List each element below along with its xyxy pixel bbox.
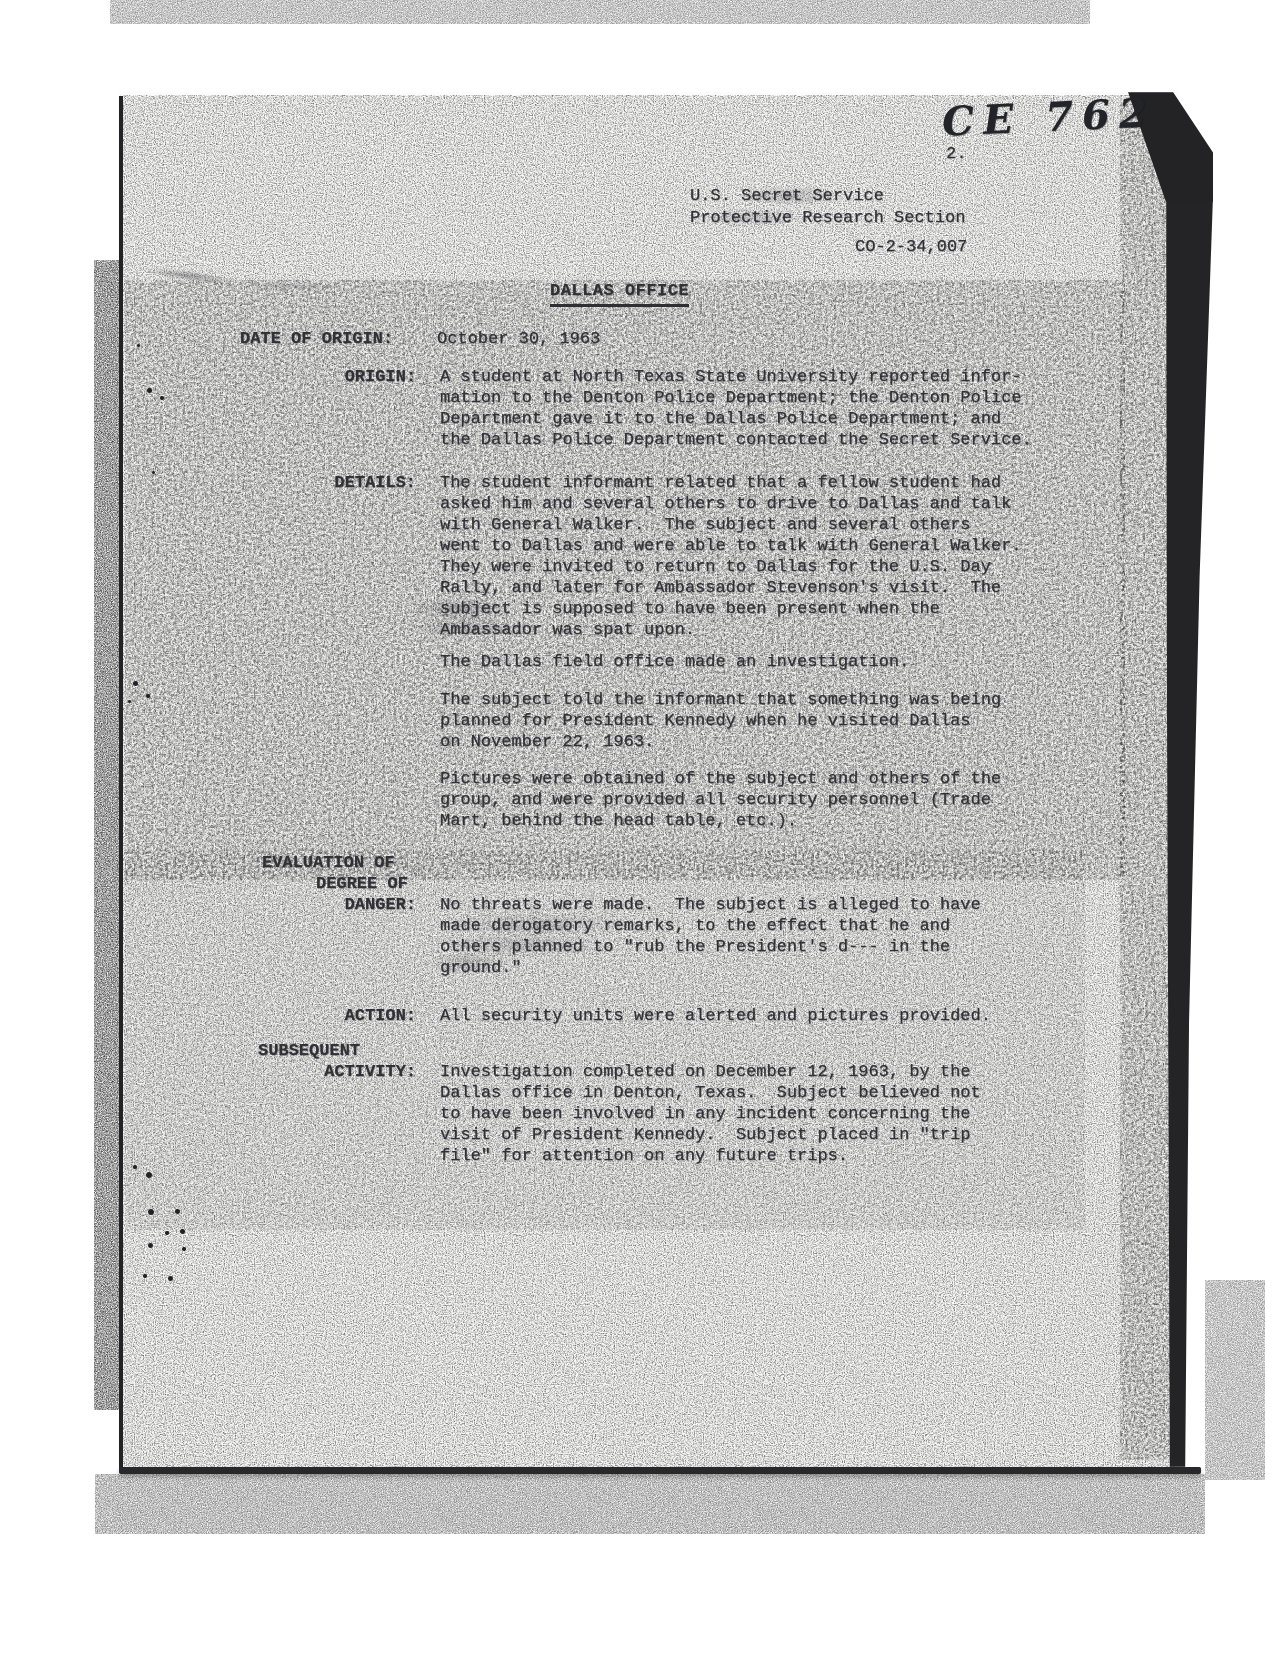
danger-text: No threats were made. The subject is all…	[440, 895, 1080, 979]
ink-dot	[147, 388, 152, 393]
details-paragraph: The subject told the informant that some…	[440, 690, 1080, 753]
evaluation-label-line1: EVALUATION OF	[262, 853, 395, 874]
noise-right-strip	[1205, 1280, 1265, 1480]
ink-dot	[168, 1276, 173, 1281]
header-case-number: CO-2-34,007	[855, 237, 967, 258]
noise-top-strip	[110, 0, 1090, 24]
activity-label: ACTIVITY:	[196, 1062, 416, 1083]
ink-dot	[137, 344, 140, 347]
evaluation-label-line2: DEGREE OF	[316, 874, 408, 895]
ink-dot	[148, 1209, 154, 1215]
origin-label: ORIGIN:	[196, 367, 416, 388]
page-bottom-edge	[119, 1467, 1201, 1474]
ink-dot	[175, 1209, 180, 1214]
noise-right-inner	[1120, 100, 1170, 1460]
header-agency: U.S. Secret Service	[690, 186, 884, 207]
origin-text: A student at North Texas State Universit…	[440, 367, 1080, 451]
ink-dot	[148, 1243, 153, 1248]
date-of-origin-label: DATE OF ORIGIN:	[240, 329, 393, 350]
action-text: All security units were alerted and pict…	[440, 1006, 1080, 1027]
ink-dot	[143, 1274, 147, 1278]
page-left-edge	[119, 96, 123, 1470]
details-paragraph: The student informant related that a fel…	[440, 473, 1080, 641]
danger-label: DANGER:	[196, 895, 416, 916]
ink-dot	[146, 1172, 152, 1178]
date-of-origin-value: October 30, 1963	[437, 329, 600, 350]
subsequent-label: SUBSEQUENT	[258, 1041, 360, 1062]
details-paragraph: Pictures were obtained of the subject an…	[440, 769, 1080, 832]
document-title: DALLAS OFFICE	[550, 281, 689, 307]
ink-dot	[165, 1231, 169, 1235]
noise-left-margin	[94, 260, 120, 1410]
page-number: 2.	[946, 144, 966, 165]
details-label: DETAILS:	[196, 473, 416, 494]
ink-dot	[133, 681, 138, 686]
exhibit-number: CE 762	[941, 89, 1157, 145]
scanned-document: CE 762 2. U.S. Secret Service Protective…	[0, 0, 1280, 1656]
ink-dot	[128, 700, 131, 703]
header-section: Protective Research Section	[690, 208, 965, 229]
action-label: ACTION:	[196, 1006, 416, 1027]
ink-dot	[146, 694, 150, 698]
ink-dot	[182, 1247, 186, 1251]
ink-dot	[160, 396, 164, 400]
noise-bottom-strip	[95, 1474, 1205, 1534]
ink-dot	[133, 1165, 137, 1169]
details-paragraph: The Dallas field office made an investig…	[440, 652, 1080, 673]
ink-dot	[152, 471, 155, 474]
ink-dot	[180, 1229, 185, 1234]
activity-text: Investigation completed on December 12, …	[440, 1062, 1080, 1167]
